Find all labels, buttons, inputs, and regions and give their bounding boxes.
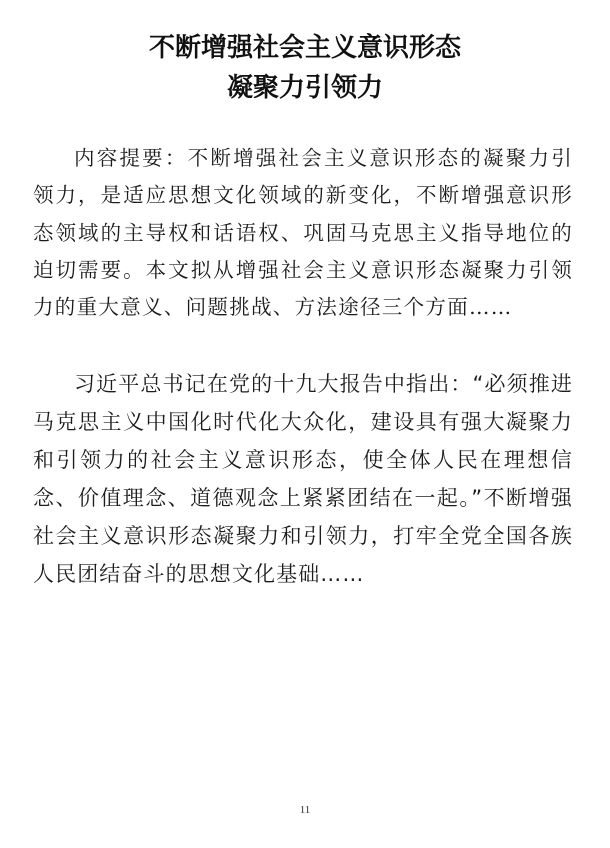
page-number: 11 <box>0 803 610 817</box>
document-page: 不断增强社会主义意识形态 凝聚力引领力 内容提要：不断增强社会主义意识形态的凝聚… <box>0 0 610 848</box>
body-paragraph: 习近平总书记在党的十九大报告中指出：“必须推进马克思主义中国化时代化大众化，建设… <box>33 365 573 593</box>
article-title-line-2: 凝聚力引领力 <box>0 68 610 108</box>
article-title: 不断增强社会主义意识形态 凝聚力引领力 <box>0 28 610 108</box>
abstract-text: 不断增强社会主义意识形态的凝聚力引领力，是适应思想文化领域的新变化，不断增强意识… <box>33 146 573 319</box>
abstract-label: 内容提要： <box>74 146 188 170</box>
article-title-line-1: 不断增强社会主义意识形态 <box>0 28 610 68</box>
abstract-paragraph: 内容提要：不断增强社会主义意识形态的凝聚力引领力，是适应思想文化领域的新变化，不… <box>33 140 573 326</box>
